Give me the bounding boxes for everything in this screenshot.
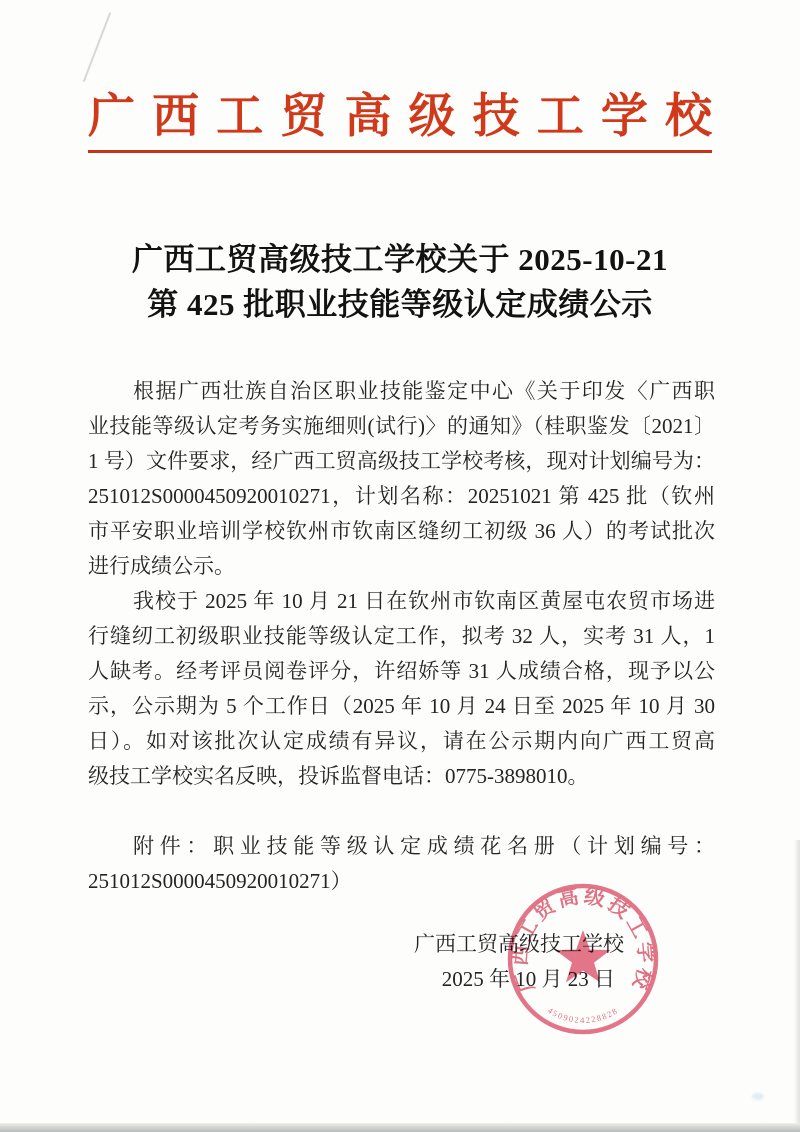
body-line: 行缝纫工初级职业技能等级认定工作，拟考 32 人，实考 31 人，1 [88,619,715,654]
body-line: 人缺考。经考评员阅卷评分，许绍娇等 31 人成绩合格，现予以公 [88,654,715,689]
seal-code-text: 4509024228828 [546,1005,620,1025]
body-line: 日）。如对该批次认定成绩有异议，请在公示期内向广西工贸高 [88,724,715,759]
letterhead-rule [88,150,712,153]
scan-edge-bottom [0,1123,800,1132]
document-title: 广西工贸高级技工学校关于 2025-10-21 第 425 批职业技能等级认定成… [60,237,740,327]
document-page: 广西工贸高级技工学校 广西工贸高级技工学校关于 2025-10-21 第 425… [0,0,800,1132]
signature-block: 广西工贸高级技工学校 2025 年 10 月 23 日 [88,927,715,997]
document-title-line1: 广西工贸高级技工学校关于 2025-10-21 [60,237,740,282]
body-line: 根据广西壮族自治区职业技能鉴定中心《关于印发〈广西职 [88,374,715,409]
body-line: 示，公示期为 5 个工作日（2025 年 10 月 24 日至 2025 年 1… [88,689,715,724]
body-line: 进行成绩公示。 [88,549,715,584]
scan-edge-right [794,840,800,1132]
body-line: 级技工学校实名反映，投诉监督电话：0775-3898010。 [88,759,715,794]
signature-school-name: 广西工贸高级技工学校 [88,927,715,962]
body-line: 251012S0000450920010271，计划名称：20251021 第 … [88,479,715,514]
attachment-line1: 附件：职业技能等级认定成绩花名册（计划编号： [88,829,715,864]
body-line: 市平安职业培训学校钦州市钦南区缝纫工初级 36 人）的考试批次 [88,514,715,549]
body-line: 1 号）文件要求，经广西工贸高级技工学校考核，现对计划编号为： [88,444,715,479]
document-body: 根据广西壮族自治区职业技能鉴定中心《关于印发〈广西职 业技能等级认定考务实施细则… [88,374,715,899]
scan-smudge [752,1093,764,1100]
body-line: 业技能等级认定考务实施细则(试行)〉的通知》（桂职鉴发〔2021〕 [88,409,715,444]
attachment-line2: 251012S0000450920010271） [88,864,715,899]
attachment-block: 附件：职业技能等级认定成绩花名册（计划编号： 251012S0000450920… [88,829,715,899]
document-title-line2: 第 425 批职业技能等级认定成绩公示 [60,282,740,327]
signature-date: 2025 年 10 月 23 日 [88,962,715,997]
letterhead-school-name: 广西工贸高级技工学校 [88,0,712,143]
body-line: 我校于 2025 年 10 月 21 日在钦州市钦南区黄屋屯农贸市场进 [88,584,715,619]
